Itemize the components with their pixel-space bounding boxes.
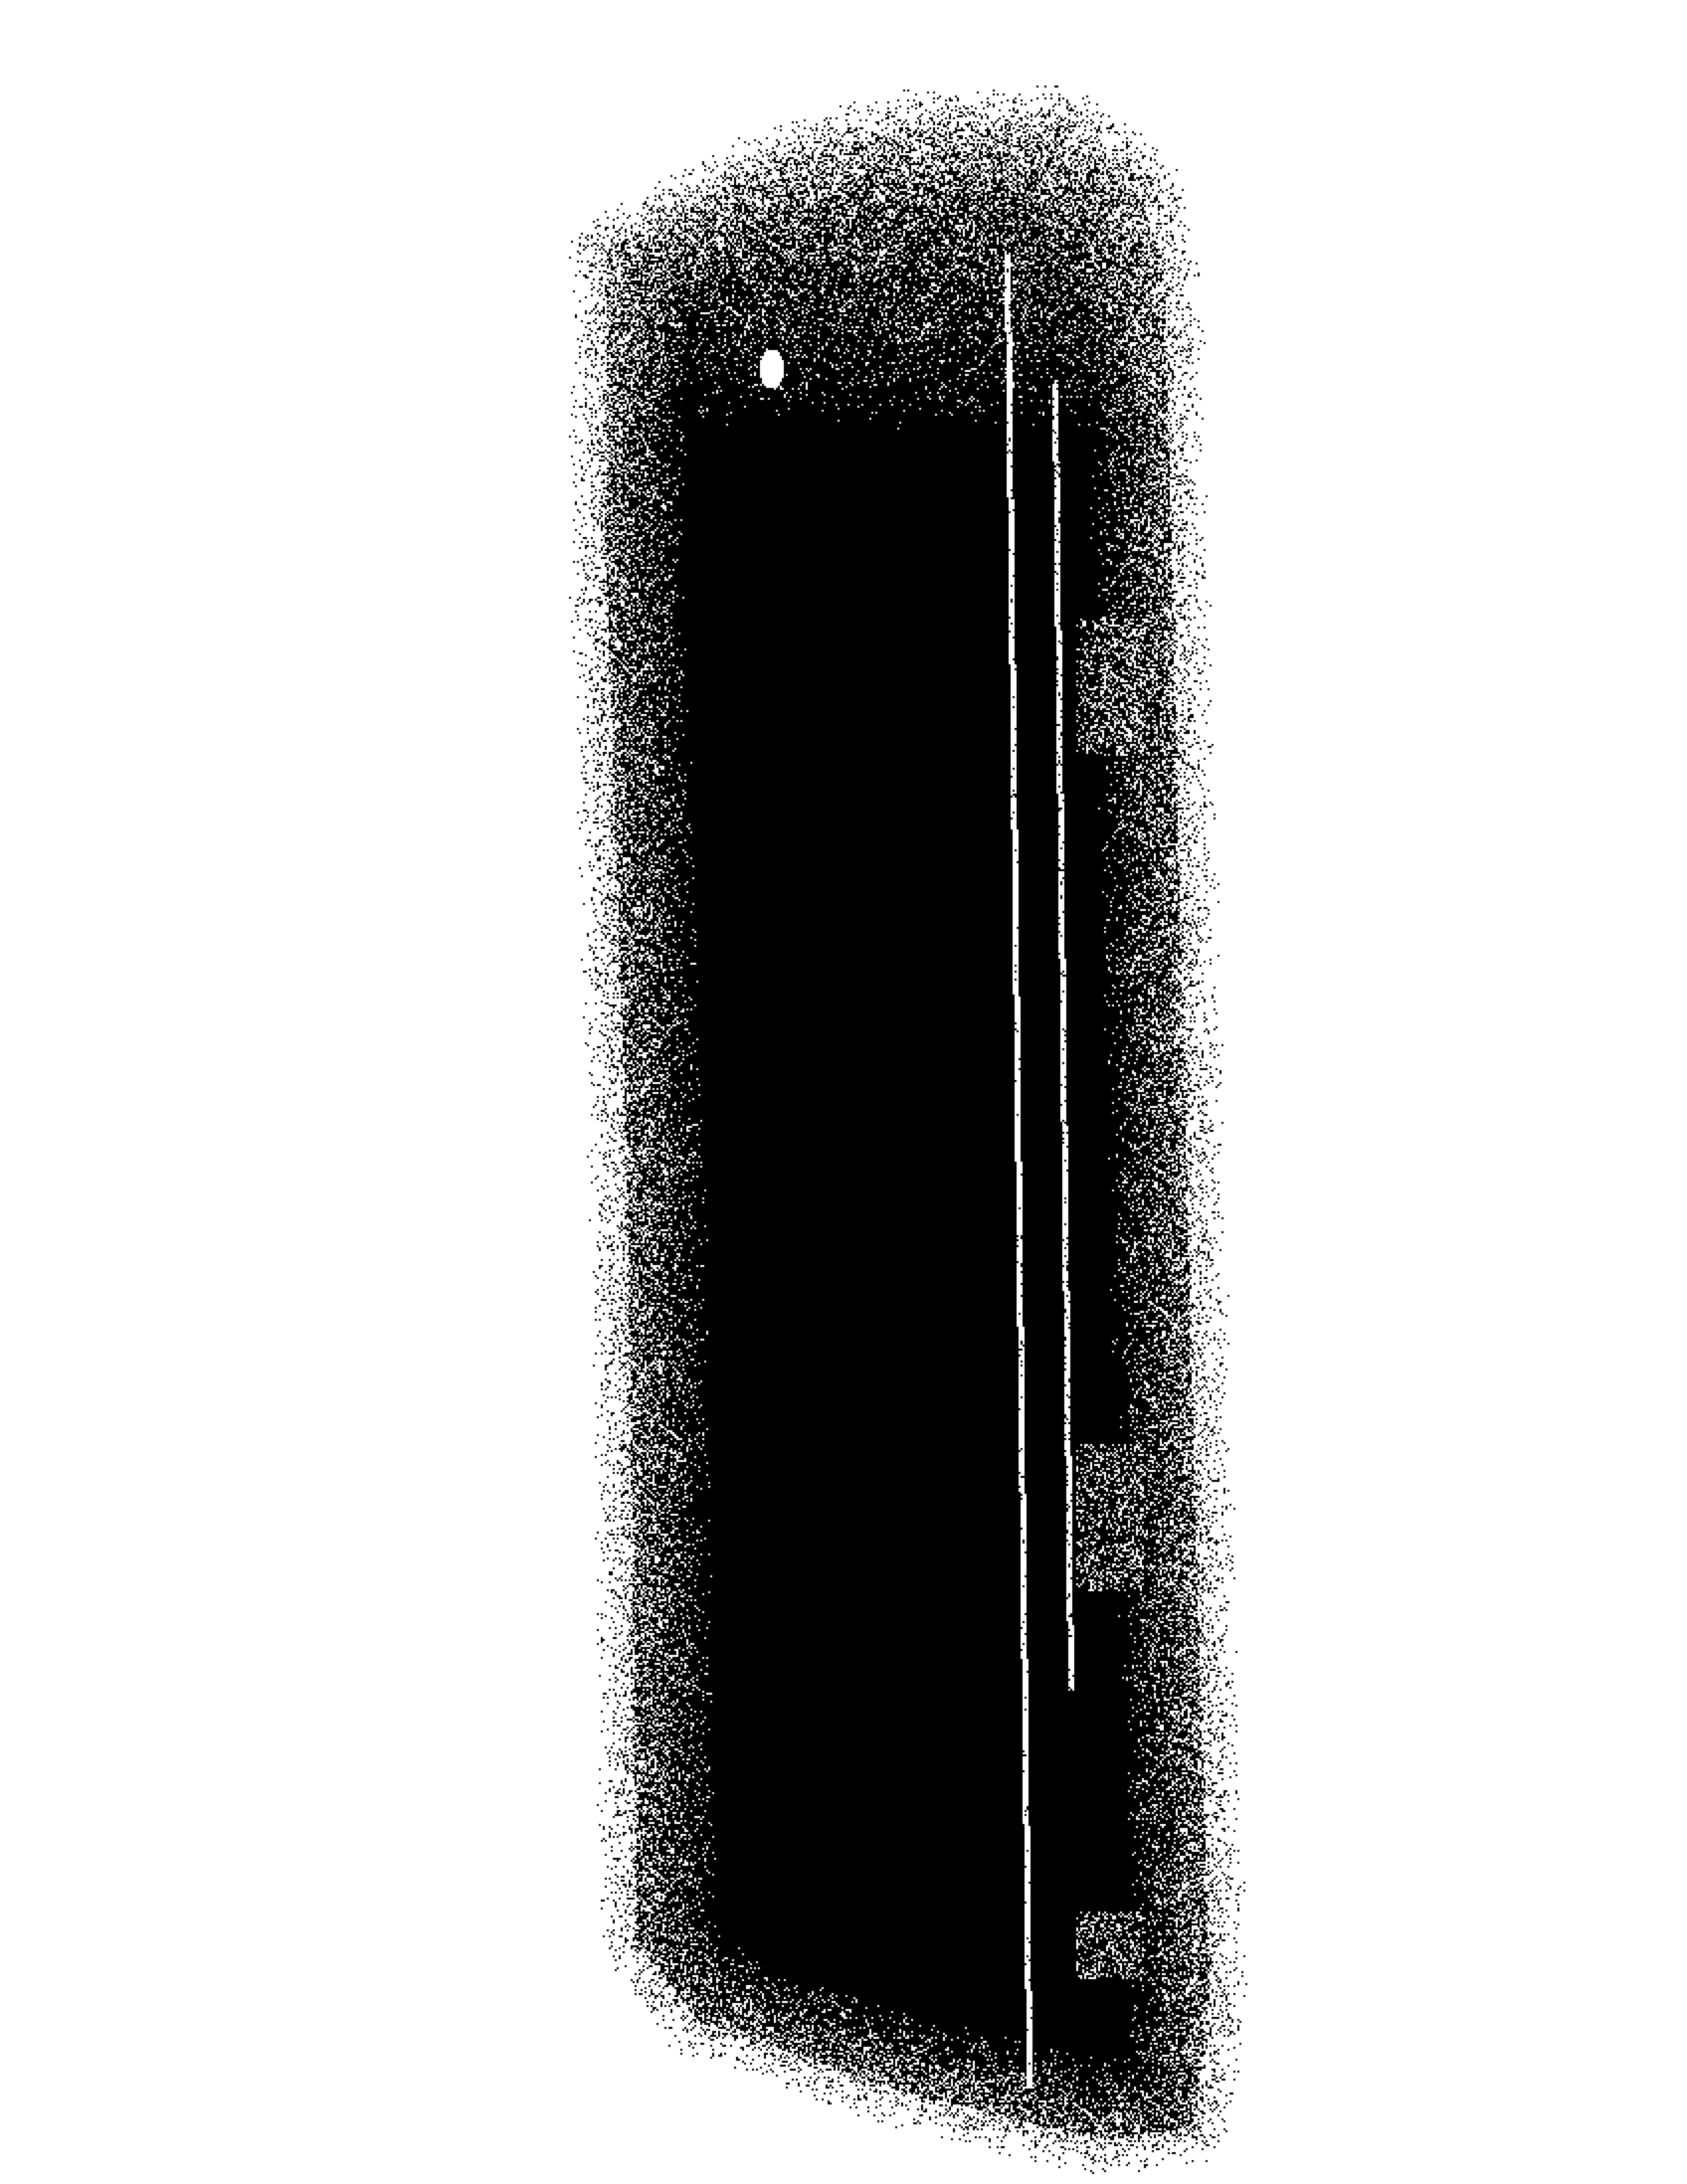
photocopy-canvas [0, 0, 1687, 2184]
